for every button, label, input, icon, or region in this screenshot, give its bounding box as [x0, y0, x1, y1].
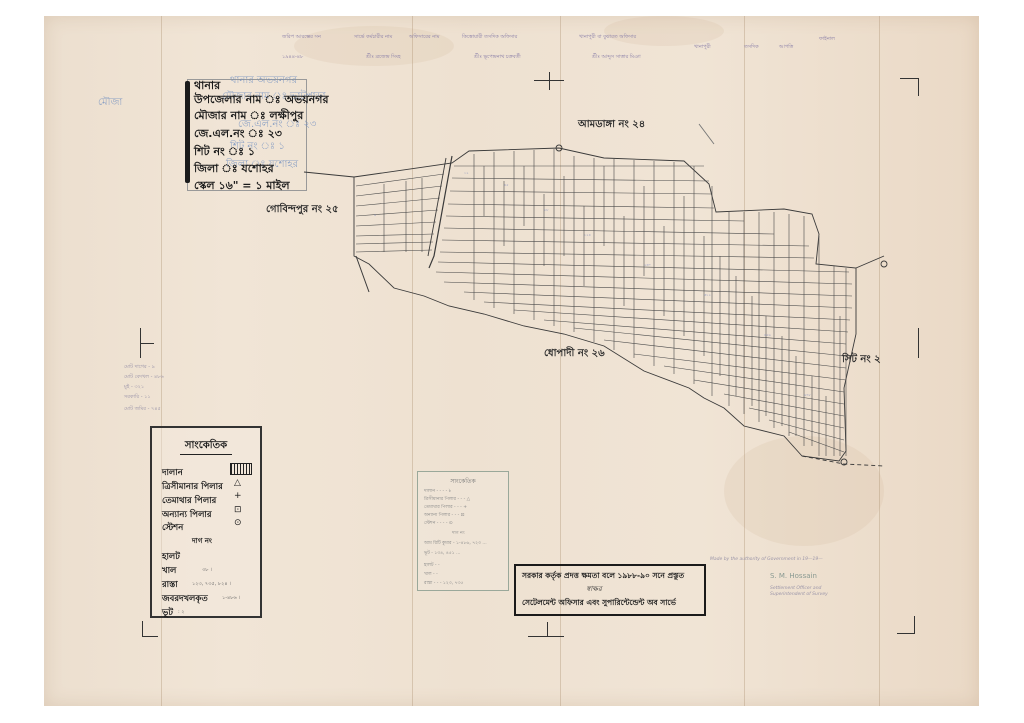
- authority-box: সরকার কর্তৃক প্রদত্ত ক্ষমতা বলে ১৯৮৮-৯০ …: [514, 564, 706, 616]
- svg-text:১২৪: ১২৪: [584, 233, 592, 237]
- secondary-legend-row: ভূট - ১৩৪, ৪৫১ ...: [424, 550, 502, 557]
- legend-item-other-pillar: অন্যান্য পিলার: [162, 508, 212, 522]
- square-pillar-icon: ⊡: [234, 505, 242, 515]
- legend-extra-khal: খাল: [162, 564, 176, 578]
- secondary-legend-row: হালট - -: [424, 562, 502, 569]
- plot-grid: [356, 149, 852, 456]
- secondary-legend-row: রাস্তা - - - ১২৩, ৭৩৫: [424, 580, 502, 587]
- legend-extra-encroached: জবরদখলকৃত: [162, 592, 208, 606]
- label-sheet-2: সিট নং ২: [842, 352, 881, 369]
- svg-text:৪৫৬: ৪৫৬: [764, 333, 772, 337]
- english-note-line-3: Superintendent of Survey: [770, 592, 828, 597]
- label-dhopadi: ধোপাদী নং ২৬: [544, 346, 605, 363]
- legend-item-tri-pillar: ত্রিসীমানার পিলার: [162, 480, 223, 494]
- svg-text:৮৮: ৮৮: [544, 208, 549, 212]
- legend-extra-road: রাস্তা: [162, 578, 178, 592]
- legend-dag-label: দাগ নং: [192, 535, 212, 547]
- secondary-legend-row: খাল - -: [424, 571, 502, 578]
- mouza-boundary: [354, 148, 856, 461]
- svg-text:২৩০: ২৩০: [644, 263, 652, 267]
- legend-extra-sub: ১২৩, ৭৩৫, ৮২৪ ।: [192, 581, 231, 589]
- label-amdanga: আমডাঙ্গা নং ২৪: [578, 117, 645, 134]
- secondary-legend-row: দাগ নং: [452, 530, 502, 537]
- station-icon: ⊙: [234, 518, 242, 528]
- secondary-legend-row: তেমাথার পিলার - - - +: [424, 504, 502, 511]
- svg-text:৯: ৯: [374, 213, 377, 217]
- authority-line-3: সেটেলমেন্ট অফিসার এবং সুপারিন্টেন্ডেন্ট …: [522, 598, 676, 610]
- svg-text:৩১২: ৩১২: [704, 293, 712, 297]
- secondary-legend-row: দালান - - - - ৳: [424, 488, 502, 495]
- authority-signature: স্বাক্ষর: [586, 583, 602, 595]
- legend-extra-bhut: ভূট: [162, 606, 173, 620]
- secondary-legend-row: স্টেশন - - - - ⊙: [424, 520, 502, 527]
- svg-text:৪৫: ৪৫: [504, 183, 509, 187]
- map-sheet: জরিপ আরম্ভের সন ১৯৪৪-৪৮ সার্ভে কর্মচারীর…: [44, 16, 979, 706]
- english-note-line-2: Settlement Officer and: [770, 586, 821, 591]
- secondary-legend-box: সাংকেতিক দালান - - - - ৳ ত্রিসীমানার পিল…: [417, 471, 509, 591]
- svg-text:৬৭৮: ৬৭৮: [804, 393, 812, 397]
- english-note-signature: S. M. Hossain: [770, 572, 817, 580]
- legend-extra-halot: হালট: [162, 550, 180, 564]
- secondary-legend-row: অন্যান্য পিলার - - - ⊡: [424, 512, 502, 519]
- secondary-legend-row: ত্রিসীমানার পিলার - - - △: [424, 496, 502, 503]
- authority-line-1: সরকার কর্তৃক প্রদত্ত ক্ষমতা বলে ১৯৮৮-৯০ …: [522, 571, 684, 583]
- secondary-legend-row: আম রিটি কুমার - ১-৪৮৬, ৭২৩ ...: [424, 540, 502, 547]
- cross-pillar-icon: +: [234, 491, 242, 501]
- label-gobindapur: গোবিন্দপুর নং ২৫: [266, 202, 338, 219]
- english-note-line-1: Made by the authority of Government in 1…: [710, 557, 823, 562]
- building-icon: [230, 463, 252, 475]
- legend-box: সাংকেতিক দালান ত্রিসীমানার পিলার △ তেমাথ…: [150, 426, 262, 618]
- legend-item-station: স্টেশন: [162, 521, 183, 535]
- triangle-pillar-icon: △: [234, 478, 241, 488]
- secondary-legend-title: সাংকেতিক: [418, 476, 508, 487]
- legend-extra-sub: ৩৮ ।: [202, 567, 212, 575]
- legend-title: সাংকেতিক: [152, 438, 260, 455]
- legend-extra-sub: ১-৪৮৬ ।: [222, 595, 240, 603]
- svg-text:১২: ১২: [464, 171, 469, 175]
- legend-extra-sub: : ২: [178, 609, 185, 617]
- legend-item-building: দালান: [162, 466, 183, 480]
- legend-item-junction-pillar: তেমাথার পিলার: [162, 494, 216, 508]
- legend-title-underline: [180, 454, 232, 455]
